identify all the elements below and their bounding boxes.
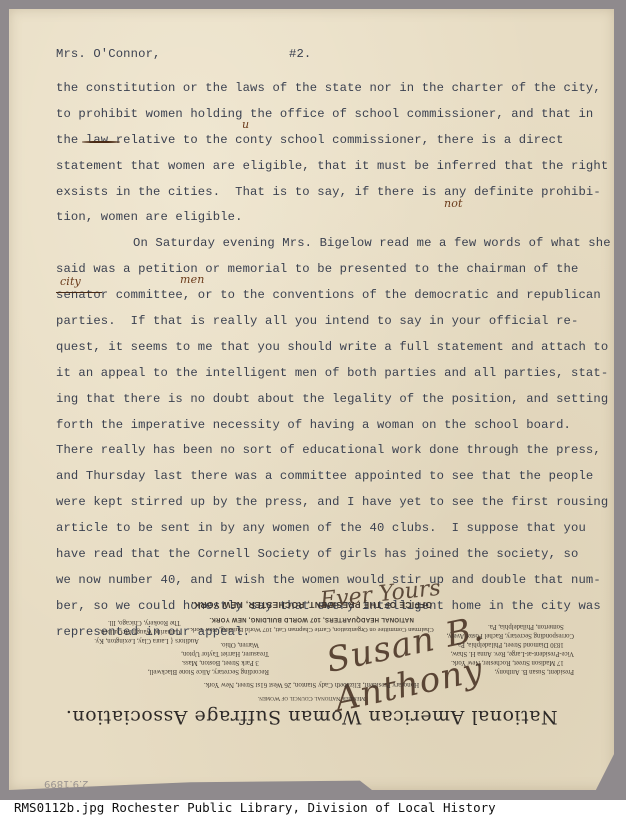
handwritten-insert-u: u [242, 118, 249, 131]
text-line: ing that there is no doubt about the leg… [56, 390, 606, 416]
strikethrough-senator [56, 292, 102, 293]
text-line: the law relative to the conty school com… [56, 131, 606, 157]
letterhead-chairman: Chairman Committee on Organization, Carr… [9, 626, 614, 633]
text-line: parties. If that is really all you inten… [56, 312, 606, 338]
text-line: said was a petition or memorial to be pr… [56, 260, 606, 286]
letterhead-title: National American Woman Suffrage Associa… [9, 706, 614, 728]
text-line: have read that the Cornell Society of gi… [56, 545, 606, 571]
image-caption: RMS0112b.jpg Rochester Public Library, D… [14, 800, 496, 815]
text-line: were kept stirred up by the press, and I… [56, 493, 606, 519]
text-line: statement that women are eligible, that … [56, 157, 606, 183]
text-line: forth the imperative necessity of having… [56, 416, 606, 442]
text-line: to prohibit women holding the office of … [56, 105, 606, 131]
typed-letter: Mrs. O'Connor, #2. the constitution or t… [56, 47, 606, 649]
text-line: tion, women are eligible. [56, 208, 606, 234]
handwritten-insert-not: not [444, 197, 463, 210]
text-line: the constitution or the laws of the stat… [56, 79, 606, 105]
page-number: #2. [289, 47, 311, 61]
text-line: senator committee, or to the conventions… [56, 286, 606, 312]
text-line: and Thursday last there was a committee … [56, 467, 606, 493]
salutation: Mrs. O'Connor, [56, 47, 161, 61]
letter-body: the constitution or the laws of the stat… [56, 79, 606, 649]
text-line: it an appeal to the intelligent men of b… [56, 364, 606, 390]
text-line: quest, it seems to me that you should wr… [56, 338, 606, 364]
letterhead-member: Member National Council of Women. [9, 695, 614, 702]
letter-header: Mrs. O'Connor, #2. [56, 47, 606, 67]
text-line: exsists in the cities. That is to say, i… [56, 183, 606, 209]
upside-down-letterhead: National American Woman Suffrage Associa… [9, 590, 614, 740]
text-line: On Saturday evening Mrs. Bigelow read me… [56, 234, 606, 260]
text-line: There really has been no sort of educati… [56, 441, 606, 467]
letterhead-office: OFFICE OF THE PRESIDENT, ROCHESTER, NEW … [9, 600, 614, 610]
underline-prohibit [82, 141, 120, 143]
text-line: article to be sent in by any women of th… [56, 519, 606, 545]
pencil-date-note: 2.9.1899 [44, 778, 89, 789]
handwritten-insert-city: city [60, 275, 81, 288]
letterhead-honorary-president: Honorary President, Elizabeth Cady Stant… [9, 681, 614, 689]
handwritten-insert-men: men [180, 273, 204, 286]
letterhead-national-hq: NATIONAL HEADQUARTERS, 107 WORLD BUILDIN… [9, 616, 614, 622]
letterhead-officers-right: Recording Secretary, Alice Stone Blackwe… [148, 640, 269, 676]
